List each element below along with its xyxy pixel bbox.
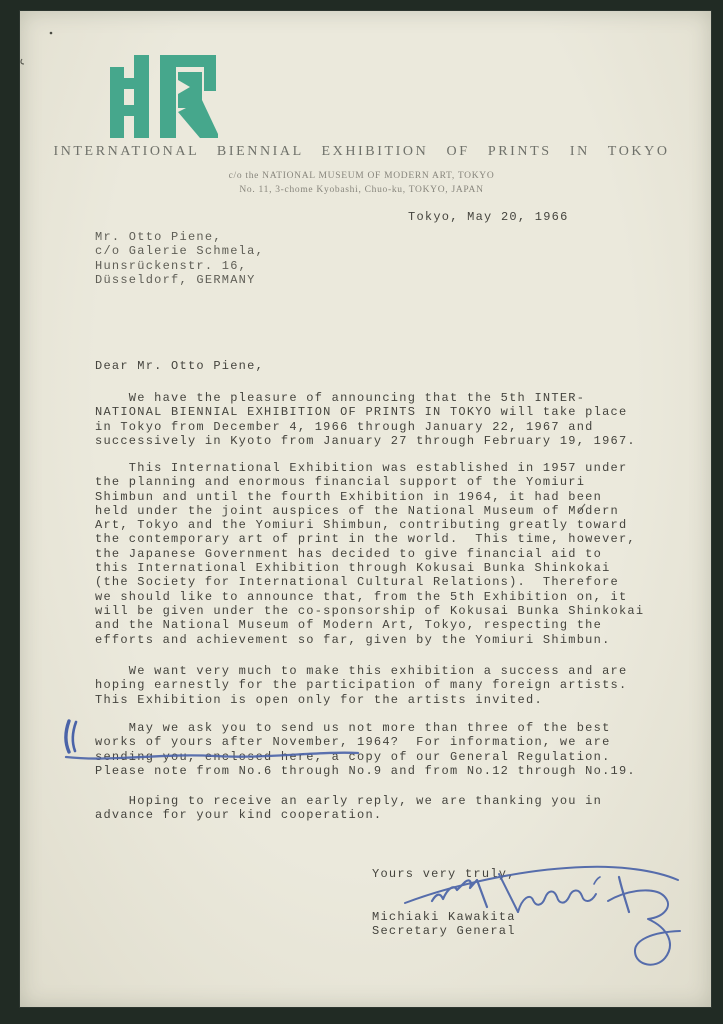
paragraph-5: Hoping to receive an early reply, we are… xyxy=(95,794,602,823)
letterhead-title: INTERNATIONAL BIENNIAL EXHIBITION OF PRI… xyxy=(0,144,723,160)
letter-date: Tokyo, May 20, 1966 xyxy=(408,210,569,224)
paragraph-4: May we ask you to send us not more than … xyxy=(95,721,636,778)
letterhead-address-line2: No. 11, 3-chome Kyobashi, Chuo-ku, TOKYO… xyxy=(0,185,723,195)
salutation: Dear Mr. Otto Piene, xyxy=(95,359,264,373)
signer-name: Michiaki Kawakita xyxy=(372,910,516,924)
paragraph-3: We want very much to make this exhibitio… xyxy=(95,664,627,707)
signer-title: Secretary General xyxy=(372,924,516,938)
recipient-address: Mr. Otto Piene, c/o Galerie Schmela, Hun… xyxy=(95,230,264,287)
signature-block: Michiaki Kawakita Secretary General xyxy=(372,910,516,939)
letterhead-address-line1: c/o the NATIONAL MUSEUM OF MODERN ART, T… xyxy=(0,171,723,181)
paragraph-2: This International Exhibition was establ… xyxy=(95,461,644,647)
organization-logo-icon xyxy=(104,50,220,142)
paragraph-1: We have the pleasure of announcing that … xyxy=(95,391,636,448)
scanned-letter-page: INTERNATIONAL BIENNIAL EXHIBITION OF PRI… xyxy=(0,0,723,1024)
closing-line: Yours very truly, xyxy=(372,867,516,881)
